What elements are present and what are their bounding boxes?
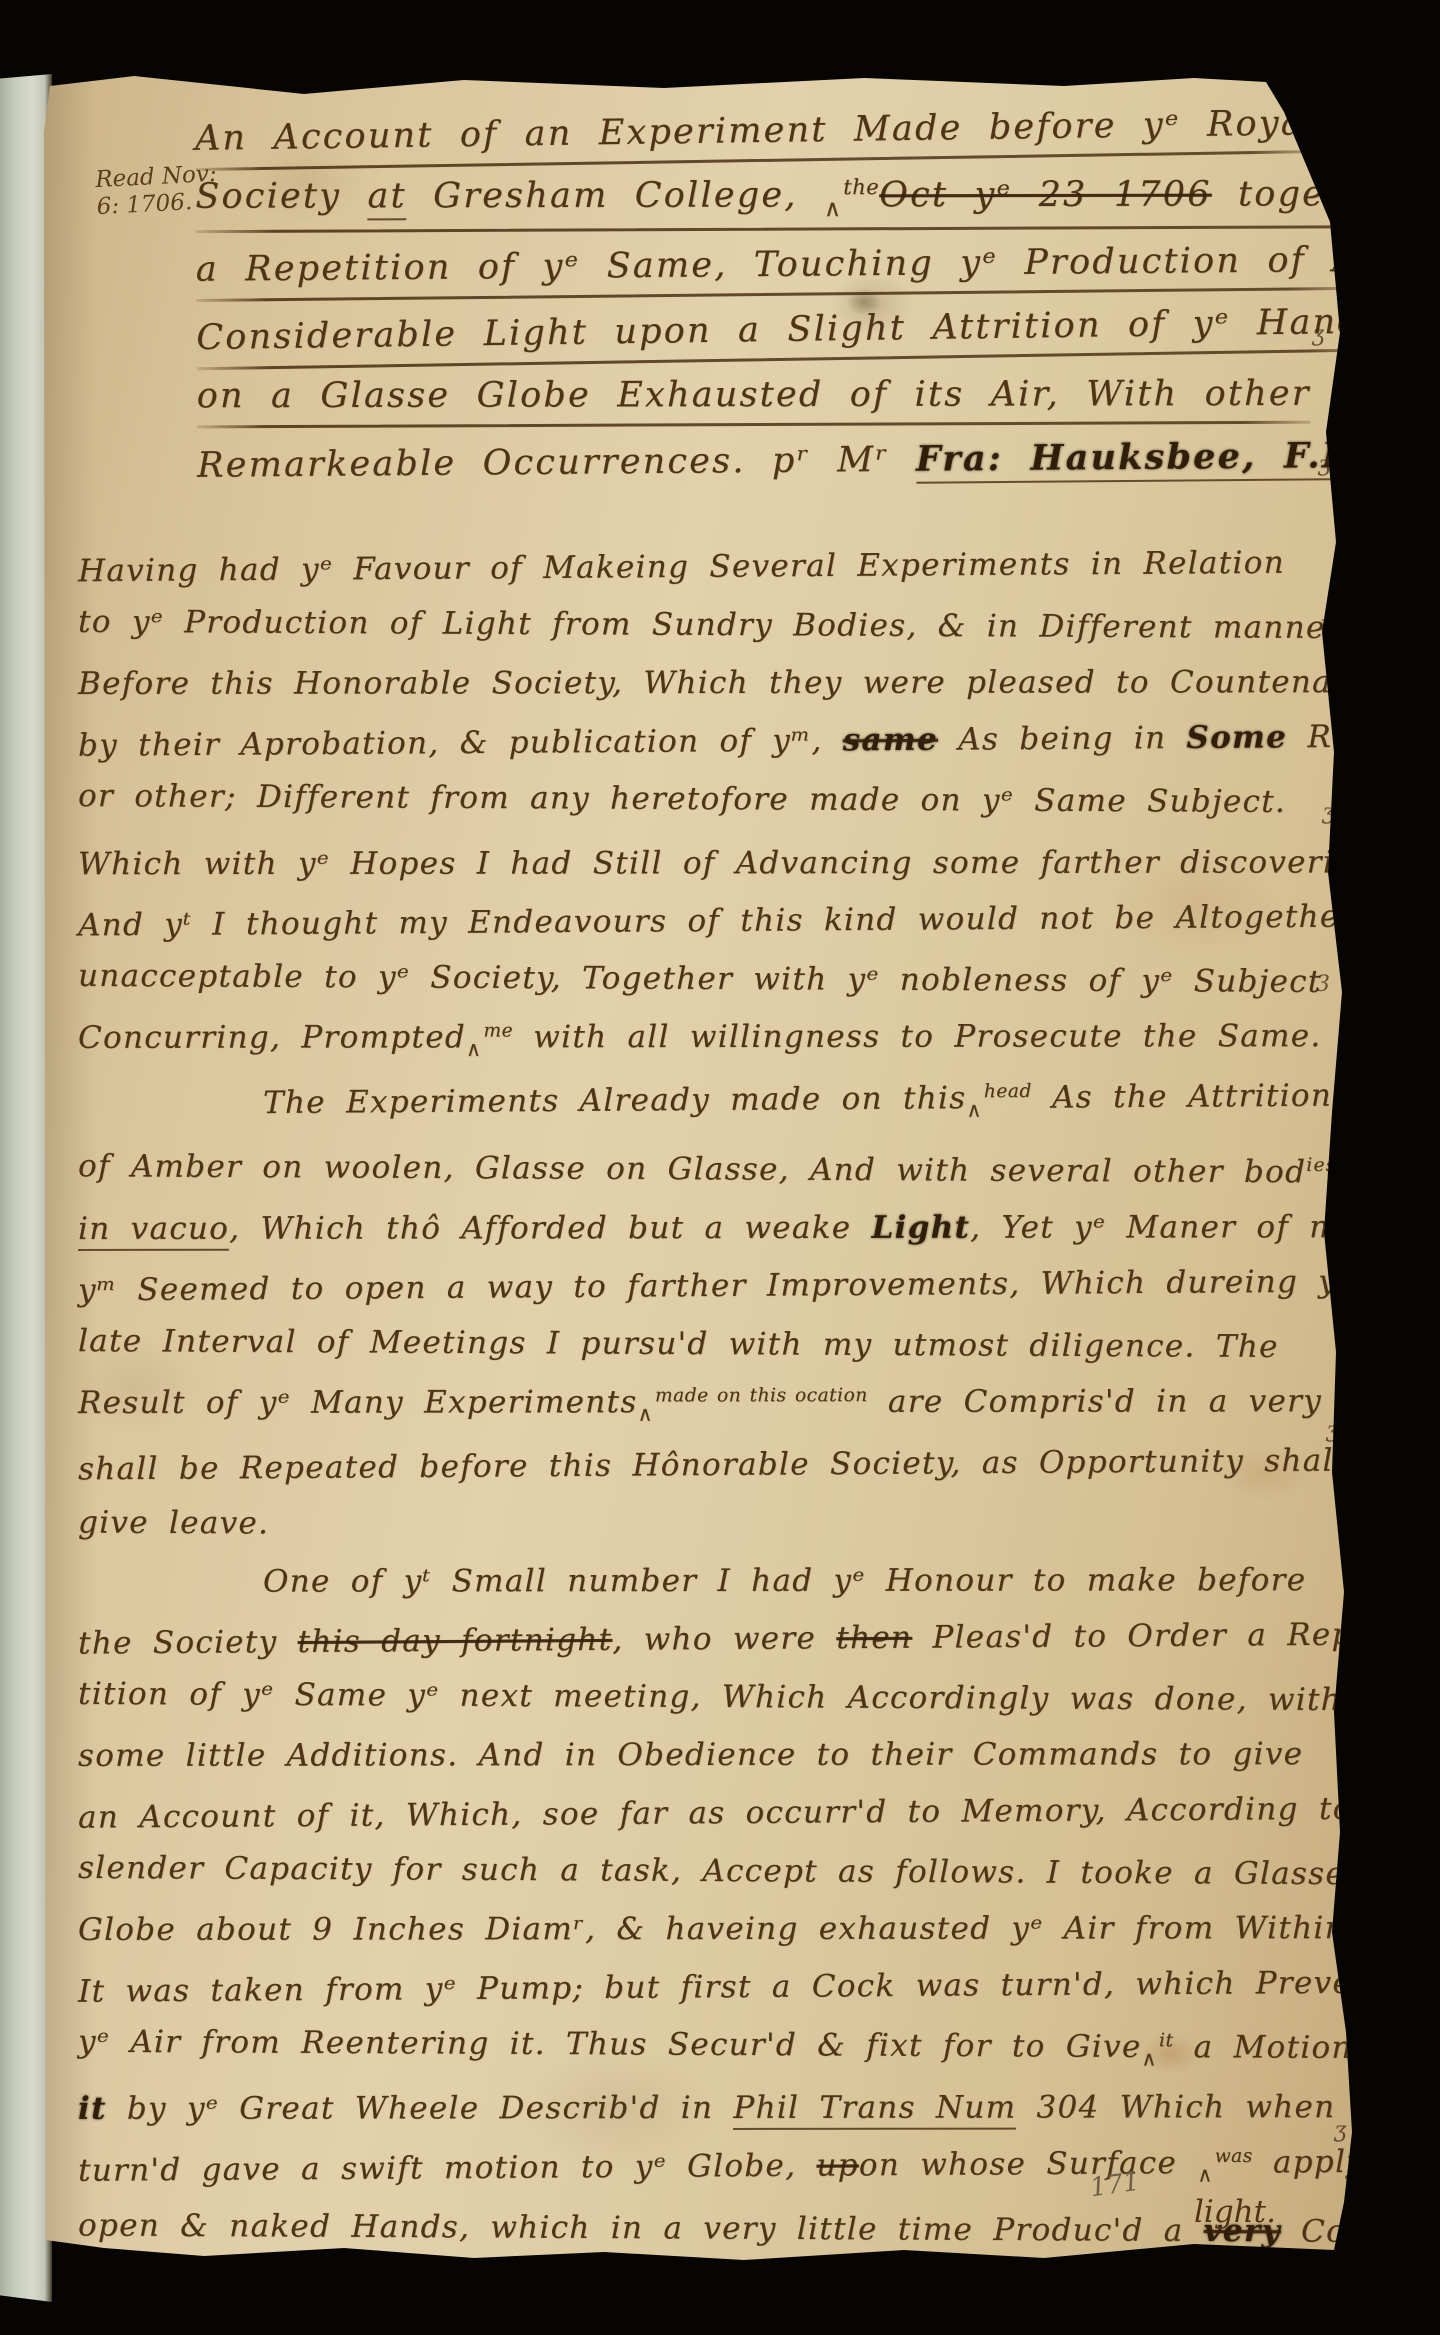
text-segment: was (1197, 2125, 1253, 2185)
manuscript-line: Globe about 9 Inches Diamʳ, & haveing ex… (78, 1899, 1402, 1959)
text-segment: late Interval of Meetings I pursu'd with… (78, 1323, 1279, 1365)
text-segment: Considerable Light upon a Slight Attriti… (196, 302, 1382, 359)
manuscript-line: Society at Gresham College, theOct yᵉ 23… (195, 159, 1440, 231)
text-segment: , Which thô Afforded but a weake (229, 1210, 871, 1247)
text-segment: slender Capacity for such a task, Accept… (78, 1850, 1345, 1892)
text-segment: Globe about 9 Inches Diamʳ, & haveing ex… (78, 1910, 1402, 1948)
manuscript-line: to yᵉ Production of Light from Sundry Bo… (78, 593, 1370, 657)
text-segment: a Motion (1173, 2029, 1373, 2066)
text-segment: it (1141, 2010, 1173, 2070)
manuscript-line: the Society this day fortnight, who were… (78, 1605, 1384, 1672)
text-segment: with all willingness to Prosecute the Sa… (513, 1018, 1321, 1055)
text-segment: applyd my (1253, 2143, 1440, 2180)
manuscript-scan: Read Nov: 6: 1706. An Account of an Expe… (0, 0, 1440, 2335)
text-segment: Phil Trans Num (733, 2089, 1016, 2129)
text-segment: And yᵗ I thought my Endeavours of this k… (78, 899, 1356, 944)
manuscript-line: it by yᵉ Great Wheele Describ'd in Phil … (78, 2078, 1336, 2138)
manuscript-line: by their Aprobation, & publication of yᵐ… (78, 707, 1440, 775)
text-segment: to (1373, 2030, 1411, 2066)
edge-ink-mark: n. (1320, 612, 1341, 637)
text-segment: Result of yᵉ Many Experiments (78, 1384, 638, 1421)
text-segment: Before this Honorable Society, Which the… (78, 664, 1392, 702)
edge-ink-mark: ʒ (1318, 452, 1330, 477)
manuscript-line: in vacuo, Which thô Afforded but a weake… (78, 1198, 1440, 1258)
text-segment: 304 Which when (1016, 2089, 1335, 2125)
text-segment: One of yᵗ Small number I had yᵉ Honour t… (263, 1562, 1306, 1599)
text-segment: made on this ocation (637, 1365, 867, 1425)
text-segment: shall be Repeated before this Hônorable … (78, 1442, 1345, 1487)
text-segment: the (824, 152, 879, 224)
text-segment: are Compris'd in a very few, Which (868, 1383, 1440, 1420)
manuscript-line: The Experiments Already made on thishead… (78, 1067, 1333, 1139)
text-segment: yᵐ Seemed to open a way to farther Impro… (78, 1263, 1351, 1308)
manuscript-line: yᵉ Air from Reentering it. Thus Secur'd … (78, 2012, 1411, 2082)
text-segment: a Repetition of yᵉ Same, Touching yᵉ Pro… (196, 240, 1360, 290)
manuscript-line: on a Glasse Globe Exhausted of its Air, … (197, 359, 1311, 426)
text-segment: on whose Surface (859, 2145, 1198, 2183)
text-segment: the Society (78, 1624, 298, 1662)
manuscript-line: of Amber on woolen, Glasse on Glasse, An… (78, 1131, 1337, 1201)
text-segment: • (1342, 964, 1363, 1000)
text-segment: Light (872, 1209, 971, 1245)
manuscript-line: unacceptable to yᵉ Society, Together wit… (78, 947, 1363, 1011)
text-segment: by their Aprobation, & publication of yᵐ… (78, 722, 843, 763)
manuscript-line: Before this Honorable Society, Which the… (78, 653, 1392, 713)
text-segment: tition of yᵉ Same yᵉ next meeting, Which… (78, 1676, 1342, 1718)
manuscript-line: some little Additions. And in Obedience … (78, 1725, 1303, 1785)
text-segment: Considerable (1281, 2213, 1440, 2250)
text-segment: unacceptable to yᵉ Society, Together wit… (78, 958, 1342, 1000)
manuscript-line: And yᵗ I thought my Endeavours of this k… (78, 888, 1356, 955)
manuscript-line: slender Capacity for such a task, Accept… (78, 1839, 1345, 1903)
text-segment: It was taken from yᵉ Pump; but first a C… (78, 1964, 1428, 2009)
text-segment: es (1334, 845, 1357, 866)
text-segment: ies (1306, 1155, 1337, 1176)
text-segment: this day fortnight (297, 1621, 612, 1659)
text-segment: Having had yᵉ Favour of Makeing Several … (78, 545, 1285, 589)
text-segment: give leave. (78, 1504, 269, 1541)
edge-ink-mark: ʒ (1334, 2118, 1346, 2143)
manuscript-line: It was taken from yᵉ Pump; but first a C… (78, 1953, 1428, 2020)
body-text: Having had yᵉ Favour of Makeing Several … (78, 538, 1346, 2258)
text-segment: by yᵉ Great Wheele Describ'd in (107, 2090, 734, 2127)
text-segment: Oct yᵉ 23 1706 (879, 175, 1212, 216)
text-segment: Respect (1287, 718, 1440, 755)
text-segment: to yᵉ Production of Light from Sundry Bo… (78, 604, 1370, 646)
text-segment: it (78, 2090, 107, 2126)
text-segment: yᵉ Air from Reentering it. Thus Secur'd … (78, 2023, 1142, 2064)
text-segment: Society (195, 176, 367, 216)
text-segment: , who were (612, 1620, 836, 1658)
text-segment: in vacuo (78, 1210, 229, 1250)
text-segment: Remarkeable Occurrences. pʳ Mʳ (197, 440, 916, 486)
text-segment: of Amber on woolen, Glasse on Glasse, An… (78, 1149, 1306, 1191)
manuscript-line: shall be Repeated before this Hônorable … (78, 1431, 1345, 1498)
edge-ink-mark: s (1330, 1192, 1341, 1217)
text-segment: at (367, 176, 406, 220)
text-segment: Some (1186, 719, 1287, 756)
text-segment: turn'd gave a swift motion to yᵉ Globe, (78, 2147, 817, 2188)
text-segment: an Account of it, Which, soe far as occu… (78, 1790, 1422, 1835)
manuscript-line: Concurring, Promptedme with all willingn… (78, 1007, 1322, 1072)
manuscript-line: One of yᵗ Small number I had yᵉ Honour t… (78, 1551, 1306, 1611)
book-gutter-edge (0, 74, 52, 2302)
manuscript-line: or other; Different from any heretofore … (78, 767, 1286, 831)
edge-ink-mark: ʒ (1326, 1418, 1338, 1443)
text-segment: An Account of an Experiment Made before … (195, 103, 1318, 159)
manuscript-line: Remarkeable Occurrences. pʳ Mʳ Fra: Hauk… (197, 420, 1409, 503)
text-segment: Gresham College, (407, 175, 824, 216)
manuscript-line: yᵐ Seemed to open a way to farther Impro… (78, 1252, 1351, 1319)
title-block: An Account of an Experiment Made before … (195, 92, 1328, 502)
manuscript-line: Which with yᵉ Hopes I had Still of Advan… (78, 827, 1357, 893)
manuscript-line: tition of yᵉ Same yᵉ next meeting, Which… (78, 1665, 1342, 1729)
text-segment: Pleas'd to Order a Repe- (912, 1616, 1384, 1655)
text-segment: , Yet yᵉ Maner of makeing (970, 1209, 1440, 1246)
manuscript-line: Result of yᵉ Many Experimentsmade on thi… (78, 1372, 1440, 1437)
text-segment: As the Attrition (1032, 1078, 1332, 1116)
edge-ink-mark: ʒ (1322, 800, 1334, 825)
text-segment: open & naked Hands, which in a very litt… (78, 2207, 1204, 2249)
text-segment: me (466, 1001, 513, 1061)
manuscript-line: An Account of an Experiment Made before … (194, 88, 1317, 169)
text-segment: head (966, 1061, 1032, 1121)
edge-ink-mark: ʒ (1312, 322, 1324, 347)
text-segment: some little Additions. And in Obedience … (78, 1736, 1303, 1774)
manuscript-page: Read Nov: 6: 1706. An Account of an Expe… (44, 72, 1354, 2262)
text-segment: together with (1212, 174, 1440, 215)
text-segment: The Experiments Already made on this (263, 1081, 967, 1122)
manuscript-line: Having had yᵉ Favour of Makeing Several … (78, 534, 1285, 600)
manuscript-line: an Account of it, Which, soe far as occu… (78, 1779, 1423, 1846)
text-segment: As being in (938, 720, 1187, 758)
text-segment: on a Glasse Globe Exhausted of its Air, … (197, 374, 1311, 416)
text-segment: same (843, 722, 939, 759)
text-segment: Which with yᵉ Hopes I had Still of Advan… (78, 844, 1334, 882)
text-segment: Fra: Hauksbee, F.R.S. (916, 435, 1409, 484)
text-segment: Concurring, Prompted (78, 1020, 466, 1057)
edge-ink-mark: 3 (1316, 972, 1330, 997)
text-segment: then (836, 1619, 912, 1656)
text-segment: or other; Different from any heretofore … (78, 778, 1286, 820)
manuscript-line: give leave. (78, 1493, 270, 1552)
text-segment: up (816, 2147, 859, 2183)
catchword: light. (1194, 2194, 1276, 2230)
